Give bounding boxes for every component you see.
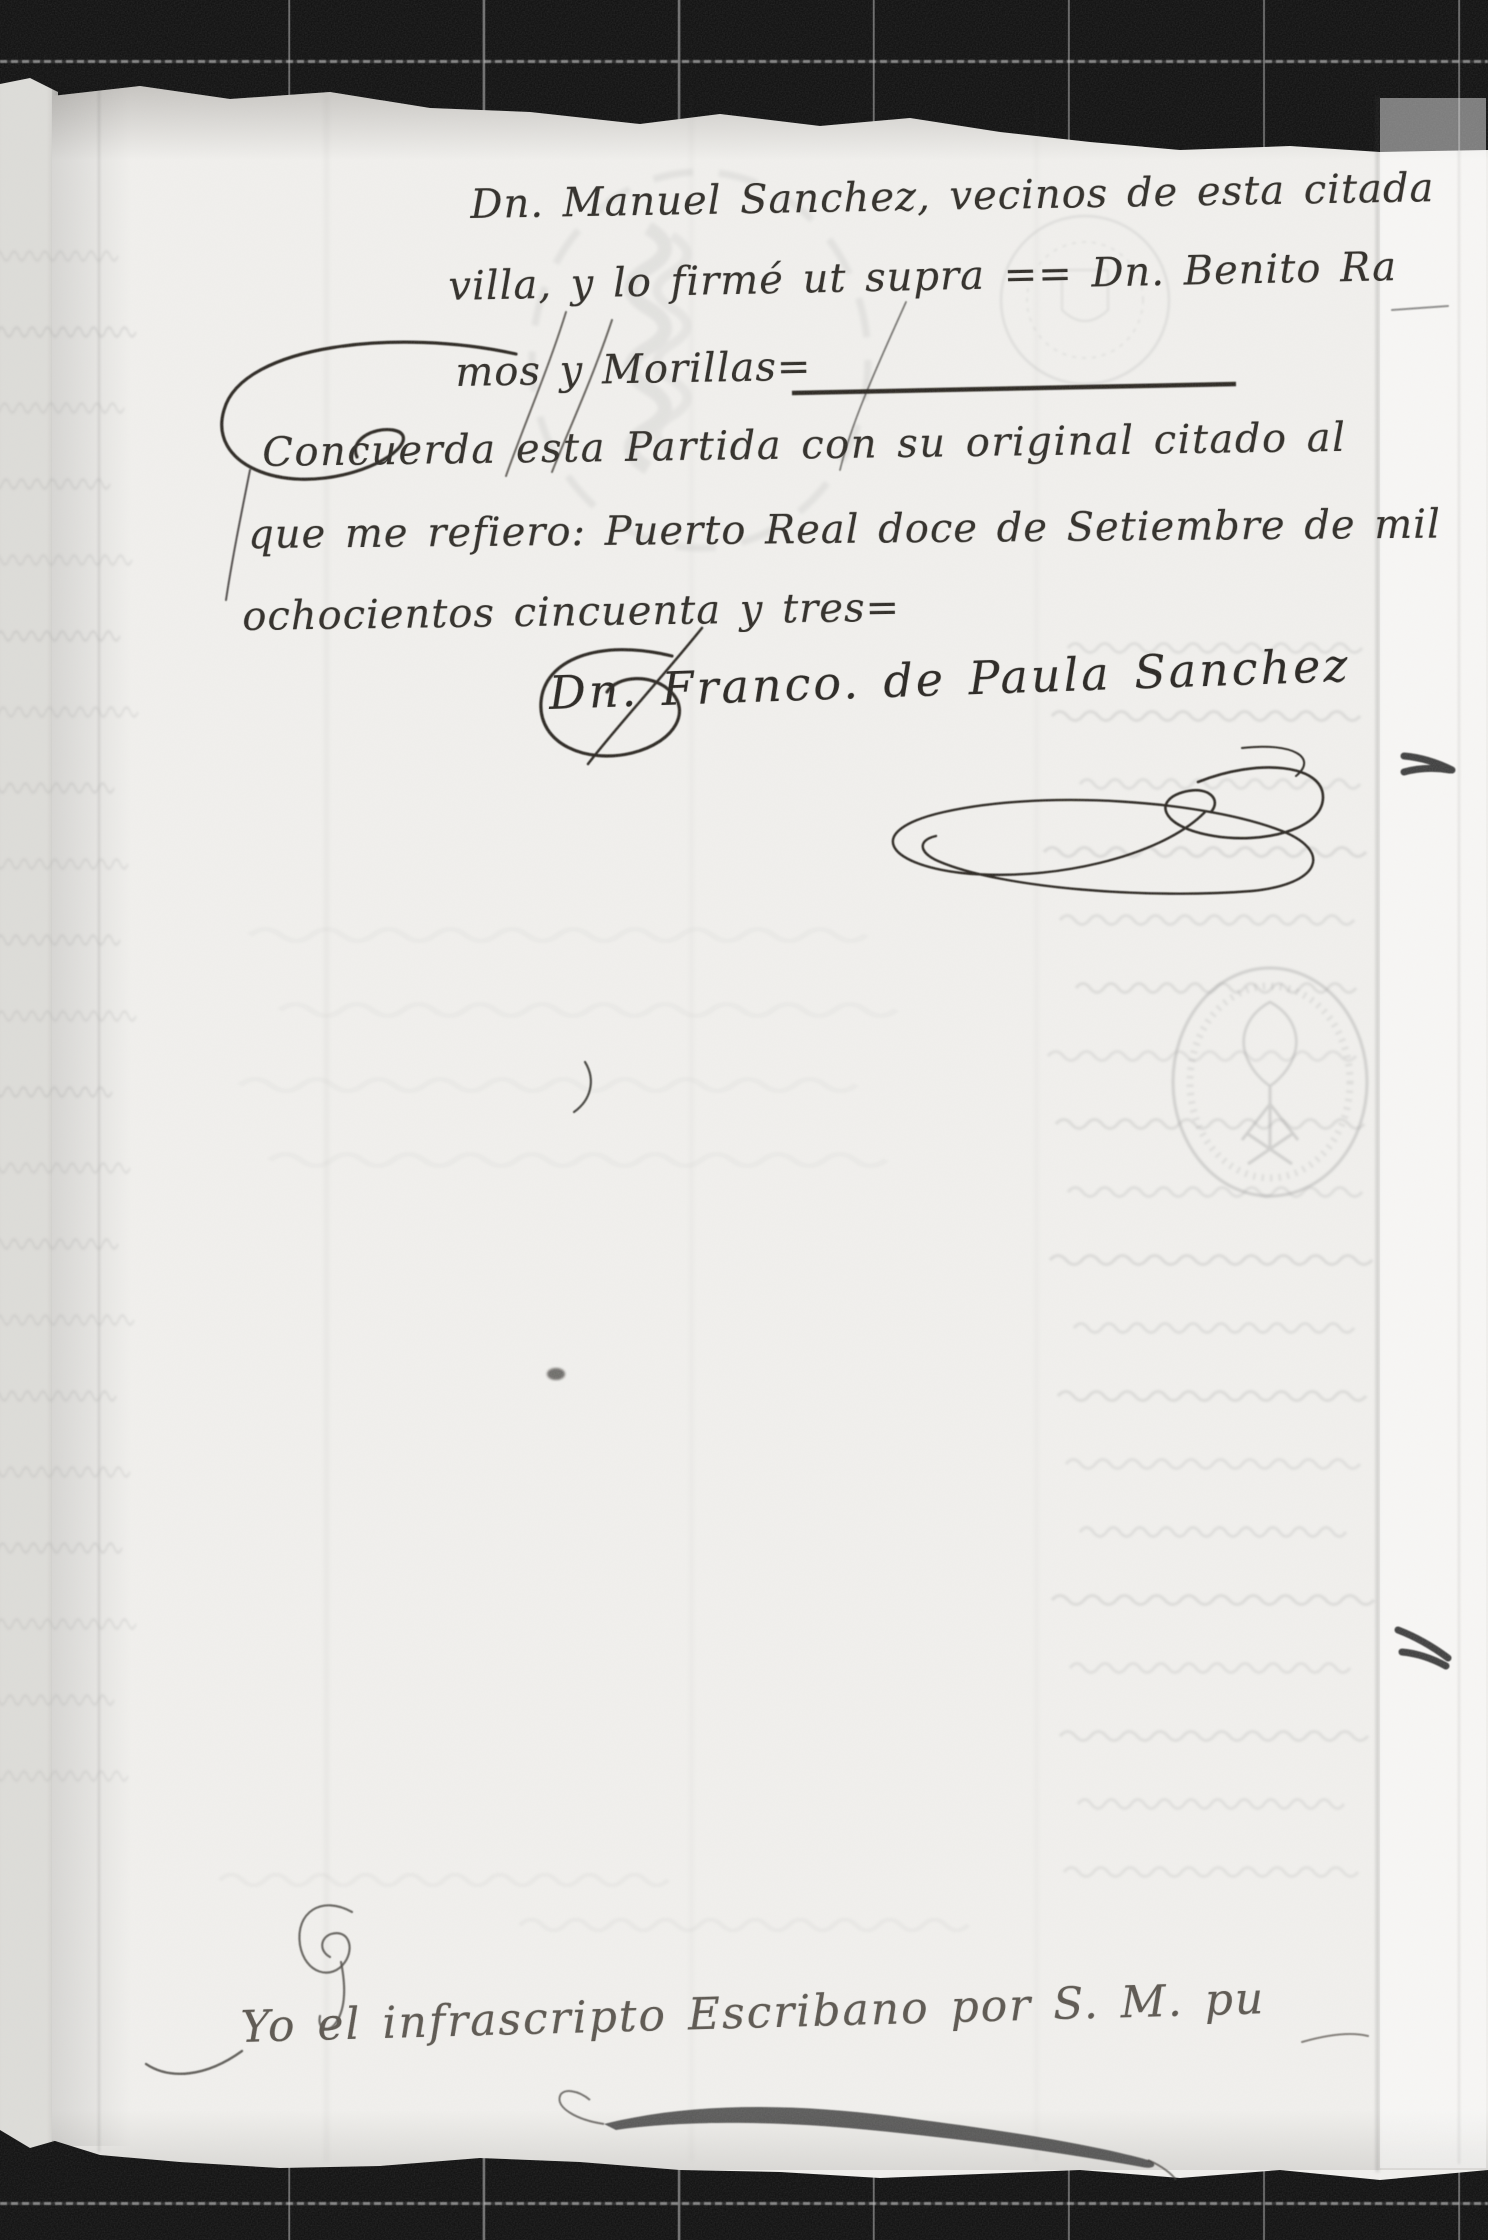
underlying-page-edge <box>0 0 60 2240</box>
film-grid-hline-top <box>0 60 1488 63</box>
document-page <box>0 0 1488 2240</box>
film-grid-hline-bottom <box>0 2202 1488 2205</box>
manuscript-line-3: mos y Morillas= <box>455 344 812 396</box>
manuscript-line-6: ochocientos cincuenta y tres= <box>242 585 900 640</box>
microfilm-frame: Dn. Manuel Sanchez, vecinos de esta cita… <box>0 0 1488 2240</box>
